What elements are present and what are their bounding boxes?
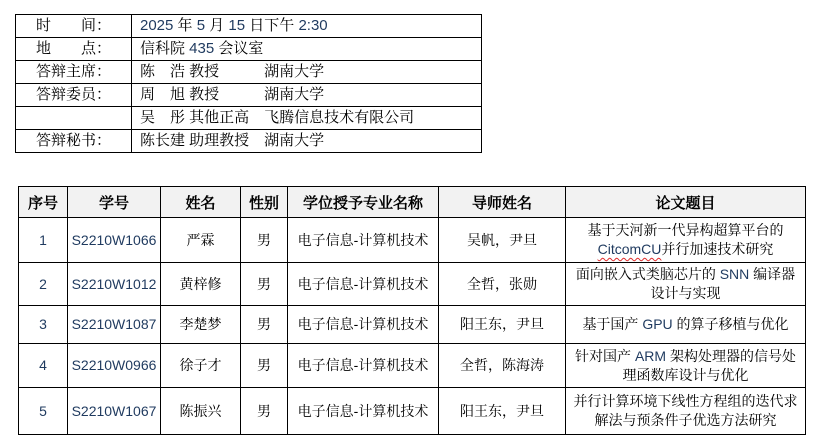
column-header-name: 姓名	[161, 187, 241, 218]
cell-gender: 男	[241, 388, 288, 435]
info-row-label: 地 点：	[16, 38, 132, 61]
info-row-label: 答辩秘书：	[16, 130, 132, 153]
info-row-value: 信科院 435 会议室	[132, 38, 482, 61]
latin-text: 2025	[140, 17, 173, 34]
cell-name: 李楚梦	[161, 306, 241, 344]
cell-advisors: 全哲，张勋	[439, 263, 566, 306]
cell-advisors: 阳王东，尹旦	[439, 306, 566, 344]
cell-no: 3	[19, 306, 68, 344]
column-header-no: 序号	[19, 187, 68, 218]
info-row-value: 陈 浩 教授 湖南大学	[132, 61, 482, 84]
info-table-row: 时 间：2025 年 5 月 15 日下午 2:30	[16, 15, 482, 38]
info-row-label: 答辩主席：	[16, 61, 132, 84]
cell-major: 电子信息-计算机技术	[288, 344, 439, 388]
cell-gender: 男	[241, 306, 288, 344]
latin-text: 2:30	[298, 17, 327, 34]
info-row-label	[16, 107, 132, 130]
defense-info-table-body: 时 间：2025 年 5 月 15 日下午 2:30地 点：信科院 435 会议…	[16, 15, 482, 153]
info-row-value: 周 旭 教授 湖南大学	[132, 84, 482, 107]
student-row: 3S2210W1087李楚梦男电子信息-计算机技术阳王东，尹旦基于国产 GPU …	[19, 306, 806, 344]
cell-thesis-title: 面向嵌入式类脑芯片的 SNN 编译器设计与实现	[566, 263, 806, 306]
latin-text: S2210W1066	[72, 232, 157, 248]
cell-name: 严霖	[161, 218, 241, 263]
students-table: 序号学号姓名性别学位授予专业名称导师姓名论文题目 1S2210W1066严霖男电…	[18, 186, 806, 435]
cell-no: 5	[19, 388, 68, 435]
info-row-label: 答辩委员：	[16, 84, 132, 107]
student-row: 2S2210W1012黄梓修男电子信息-计算机技术全哲，张勋面向嵌入式类脑芯片的…	[19, 263, 806, 306]
cell-thesis-title: 针对国产 ARM 架构处理器的信号处理函数库设计与优化	[566, 344, 806, 388]
defense-info-table: 时 间：2025 年 5 月 15 日下午 2:30地 点：信科院 435 会议…	[15, 14, 482, 153]
cell-major: 电子信息-计算机技术	[288, 306, 439, 344]
latin-text: ARM	[635, 348, 666, 364]
cell-advisors: 吴帆，尹旦	[439, 218, 566, 263]
latin-text: 2	[39, 276, 47, 292]
latin-text: SNN	[720, 266, 750, 282]
latin-text: 1	[39, 232, 47, 248]
cell-no: 4	[19, 344, 68, 388]
latin-text: 5	[197, 17, 205, 34]
info-table-row: 地 点：信科院 435 会议室	[16, 38, 482, 61]
info-row-label: 时 间：	[16, 15, 132, 38]
latin-text: S2210W1087	[72, 316, 157, 332]
cell-no: 2	[19, 263, 68, 306]
cell-advisors: 阳王东，尹旦	[439, 388, 566, 435]
column-header-major: 学位授予专业名称	[288, 187, 439, 218]
column-header-advisors: 导师姓名	[439, 187, 566, 218]
cell-student-id: S2210W1087	[68, 306, 161, 344]
cell-name: 徐子才	[161, 344, 241, 388]
spellcheck-flagged-text: CitcomCU	[598, 241, 662, 257]
cell-gender: 男	[241, 263, 288, 306]
column-header-gender: 性别	[241, 187, 288, 218]
cell-gender: 男	[241, 344, 288, 388]
info-table-row: 吴 彤 其他正高 飞腾信息技术有限公司	[16, 107, 482, 130]
student-row: 1S2210W1066严霖男电子信息-计算机技术吴帆，尹旦基于天河新一代异构超算…	[19, 218, 806, 263]
students-table-header-row: 序号学号姓名性别学位授予专业名称导师姓名论文题目	[19, 187, 806, 218]
cell-name: 陈振兴	[161, 388, 241, 435]
students-table-body: 1S2210W1066严霖男电子信息-计算机技术吴帆，尹旦基于天河新一代异构超算…	[19, 218, 806, 435]
info-table-row: 答辩委员：周 旭 教授 湖南大学	[16, 84, 482, 107]
cell-student-id: S2210W1066	[68, 218, 161, 263]
latin-text: S2210W1067	[72, 403, 157, 419]
latin-text: GPU	[642, 316, 672, 332]
column-header-student-id: 学号	[68, 187, 161, 218]
latin-text: 5	[39, 403, 47, 419]
cell-major: 电子信息-计算机技术	[288, 263, 439, 306]
cell-gender: 男	[241, 218, 288, 263]
cell-thesis-title: 基于天河新一代异构超算平台的CitcomCU并行加速技术研究	[566, 218, 806, 263]
document-page: { "colors": { "border": "#000000", "text…	[0, 0, 816, 441]
latin-text: 4	[39, 357, 47, 373]
student-row: 5S2210W1067陈振兴男电子信息-计算机技术阳王东，尹旦并行计算环境下线性…	[19, 388, 806, 435]
student-row: 4S2210W0966徐子才男电子信息-计算机技术全哲，陈海涛针对国产 ARM …	[19, 344, 806, 388]
cell-major: 电子信息-计算机技术	[288, 218, 439, 263]
cell-thesis-title: 并行计算环境下线性方程组的迭代求解法与预条件子优选方法研究	[566, 388, 806, 435]
column-header-thesis-title: 论文题目	[566, 187, 806, 218]
cell-student-id: S2210W1012	[68, 263, 161, 306]
latin-text: S2210W0966	[72, 357, 157, 373]
latin-text: 435	[189, 40, 214, 57]
cell-thesis-title: 基于国产 GPU 的算子移植与优化	[566, 306, 806, 344]
info-table-row: 答辩秘书：陈长建 助理教授 湖南大学	[16, 130, 482, 153]
cell-student-id: S2210W1067	[68, 388, 161, 435]
cell-no: 1	[19, 218, 68, 263]
info-row-value: 吴 彤 其他正高 飞腾信息技术有限公司	[132, 107, 482, 130]
info-table-row: 答辩主席：陈 浩 教授 湖南大学	[16, 61, 482, 84]
cell-student-id: S2210W0966	[68, 344, 161, 388]
latin-text: 3	[39, 316, 47, 332]
cell-major: 电子信息-计算机技术	[288, 388, 439, 435]
info-row-value: 陈长建 助理教授 湖南大学	[132, 130, 482, 153]
latin-text: 15	[228, 17, 245, 34]
cell-advisors: 全哲，陈海涛	[439, 344, 566, 388]
cell-name: 黄梓修	[161, 263, 241, 306]
info-row-value: 2025 年 5 月 15 日下午 2:30	[132, 15, 482, 38]
latin-text: S2210W1012	[72, 276, 157, 292]
